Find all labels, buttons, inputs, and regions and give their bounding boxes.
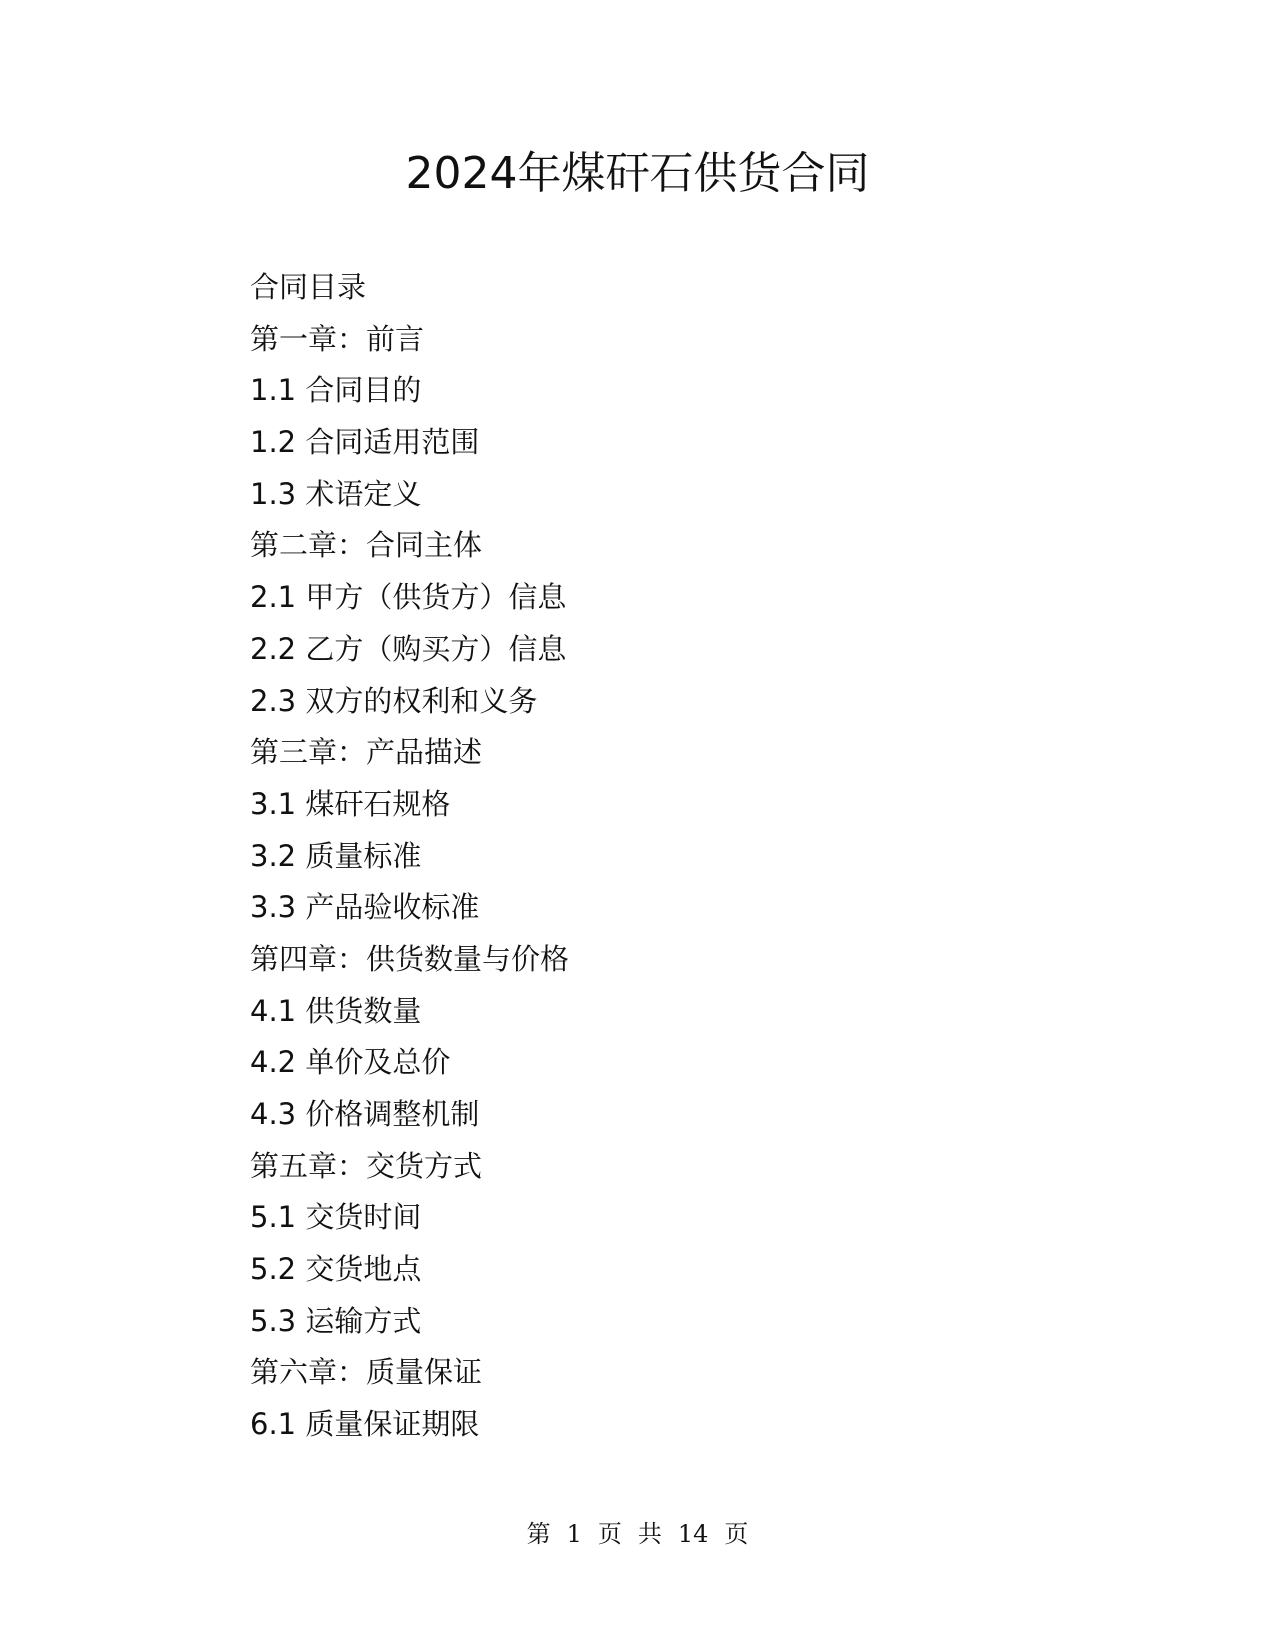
toc-chapter-1: 第一章：前言 [250, 314, 569, 366]
toc-section-4-1: 4.1 供货数量 [250, 986, 569, 1038]
footer-suffix: 页 [724, 1518, 748, 1550]
toc-section-2-3: 2.3 双方的权利和义务 [250, 676, 569, 728]
page-footer: 第1页共14页 [0, 1518, 1275, 1550]
document-title: 2024年煤矸石供货合同 [0, 146, 1275, 202]
toc-section-2-2: 2.2 乙方（购买方）信息 [250, 624, 569, 676]
toc-section-5-1: 5.1 交货时间 [250, 1192, 569, 1244]
footer-total-word: 共 [638, 1518, 662, 1550]
toc-section-5-3: 5.3 运输方式 [250, 1296, 569, 1348]
toc-section-1-2: 1.2 合同适用范围 [250, 417, 569, 469]
toc-section-3-3: 3.3 产品验收标准 [250, 882, 569, 934]
document-page: 2024年煤矸石供货合同 合同目录 第一章：前言 1.1 合同目的 1.2 合同… [0, 0, 1275, 1650]
toc-section-4-2: 4.2 单价及总价 [250, 1037, 569, 1089]
current-page-number: 1 [567, 1518, 582, 1550]
toc-chapter-5: 第五章：交货方式 [250, 1141, 569, 1193]
toc-section-6-1: 6.1 质量保证期限 [250, 1399, 569, 1451]
toc-chapter-3: 第三章：产品描述 [250, 727, 569, 779]
toc-section-1-3: 1.3 术语定义 [250, 469, 569, 521]
toc-section-3-1: 3.1 煤矸石规格 [250, 779, 569, 831]
toc-section-2-1: 2.1 甲方（供货方）信息 [250, 572, 569, 624]
toc-chapter-2: 第二章：合同主体 [250, 520, 569, 572]
toc-section-4-3: 4.3 价格调整机制 [250, 1089, 569, 1141]
toc-chapter-4: 第四章：供货数量与价格 [250, 934, 569, 986]
total-page-count: 14 [678, 1518, 709, 1550]
footer-prefix: 第 [527, 1518, 551, 1550]
toc-chapter-6: 第六章：质量保证 [250, 1347, 569, 1399]
toc-section-1-1: 1.1 合同目的 [250, 365, 569, 417]
table-of-contents: 合同目录 第一章：前言 1.1 合同目的 1.2 合同适用范围 1.3 术语定义… [250, 262, 569, 1451]
toc-section-5-2: 5.2 交货地点 [250, 1244, 569, 1296]
footer-page-word: 页 [598, 1518, 622, 1550]
toc-heading: 合同目录 [250, 262, 569, 314]
toc-section-3-2: 3.2 质量标准 [250, 831, 569, 883]
